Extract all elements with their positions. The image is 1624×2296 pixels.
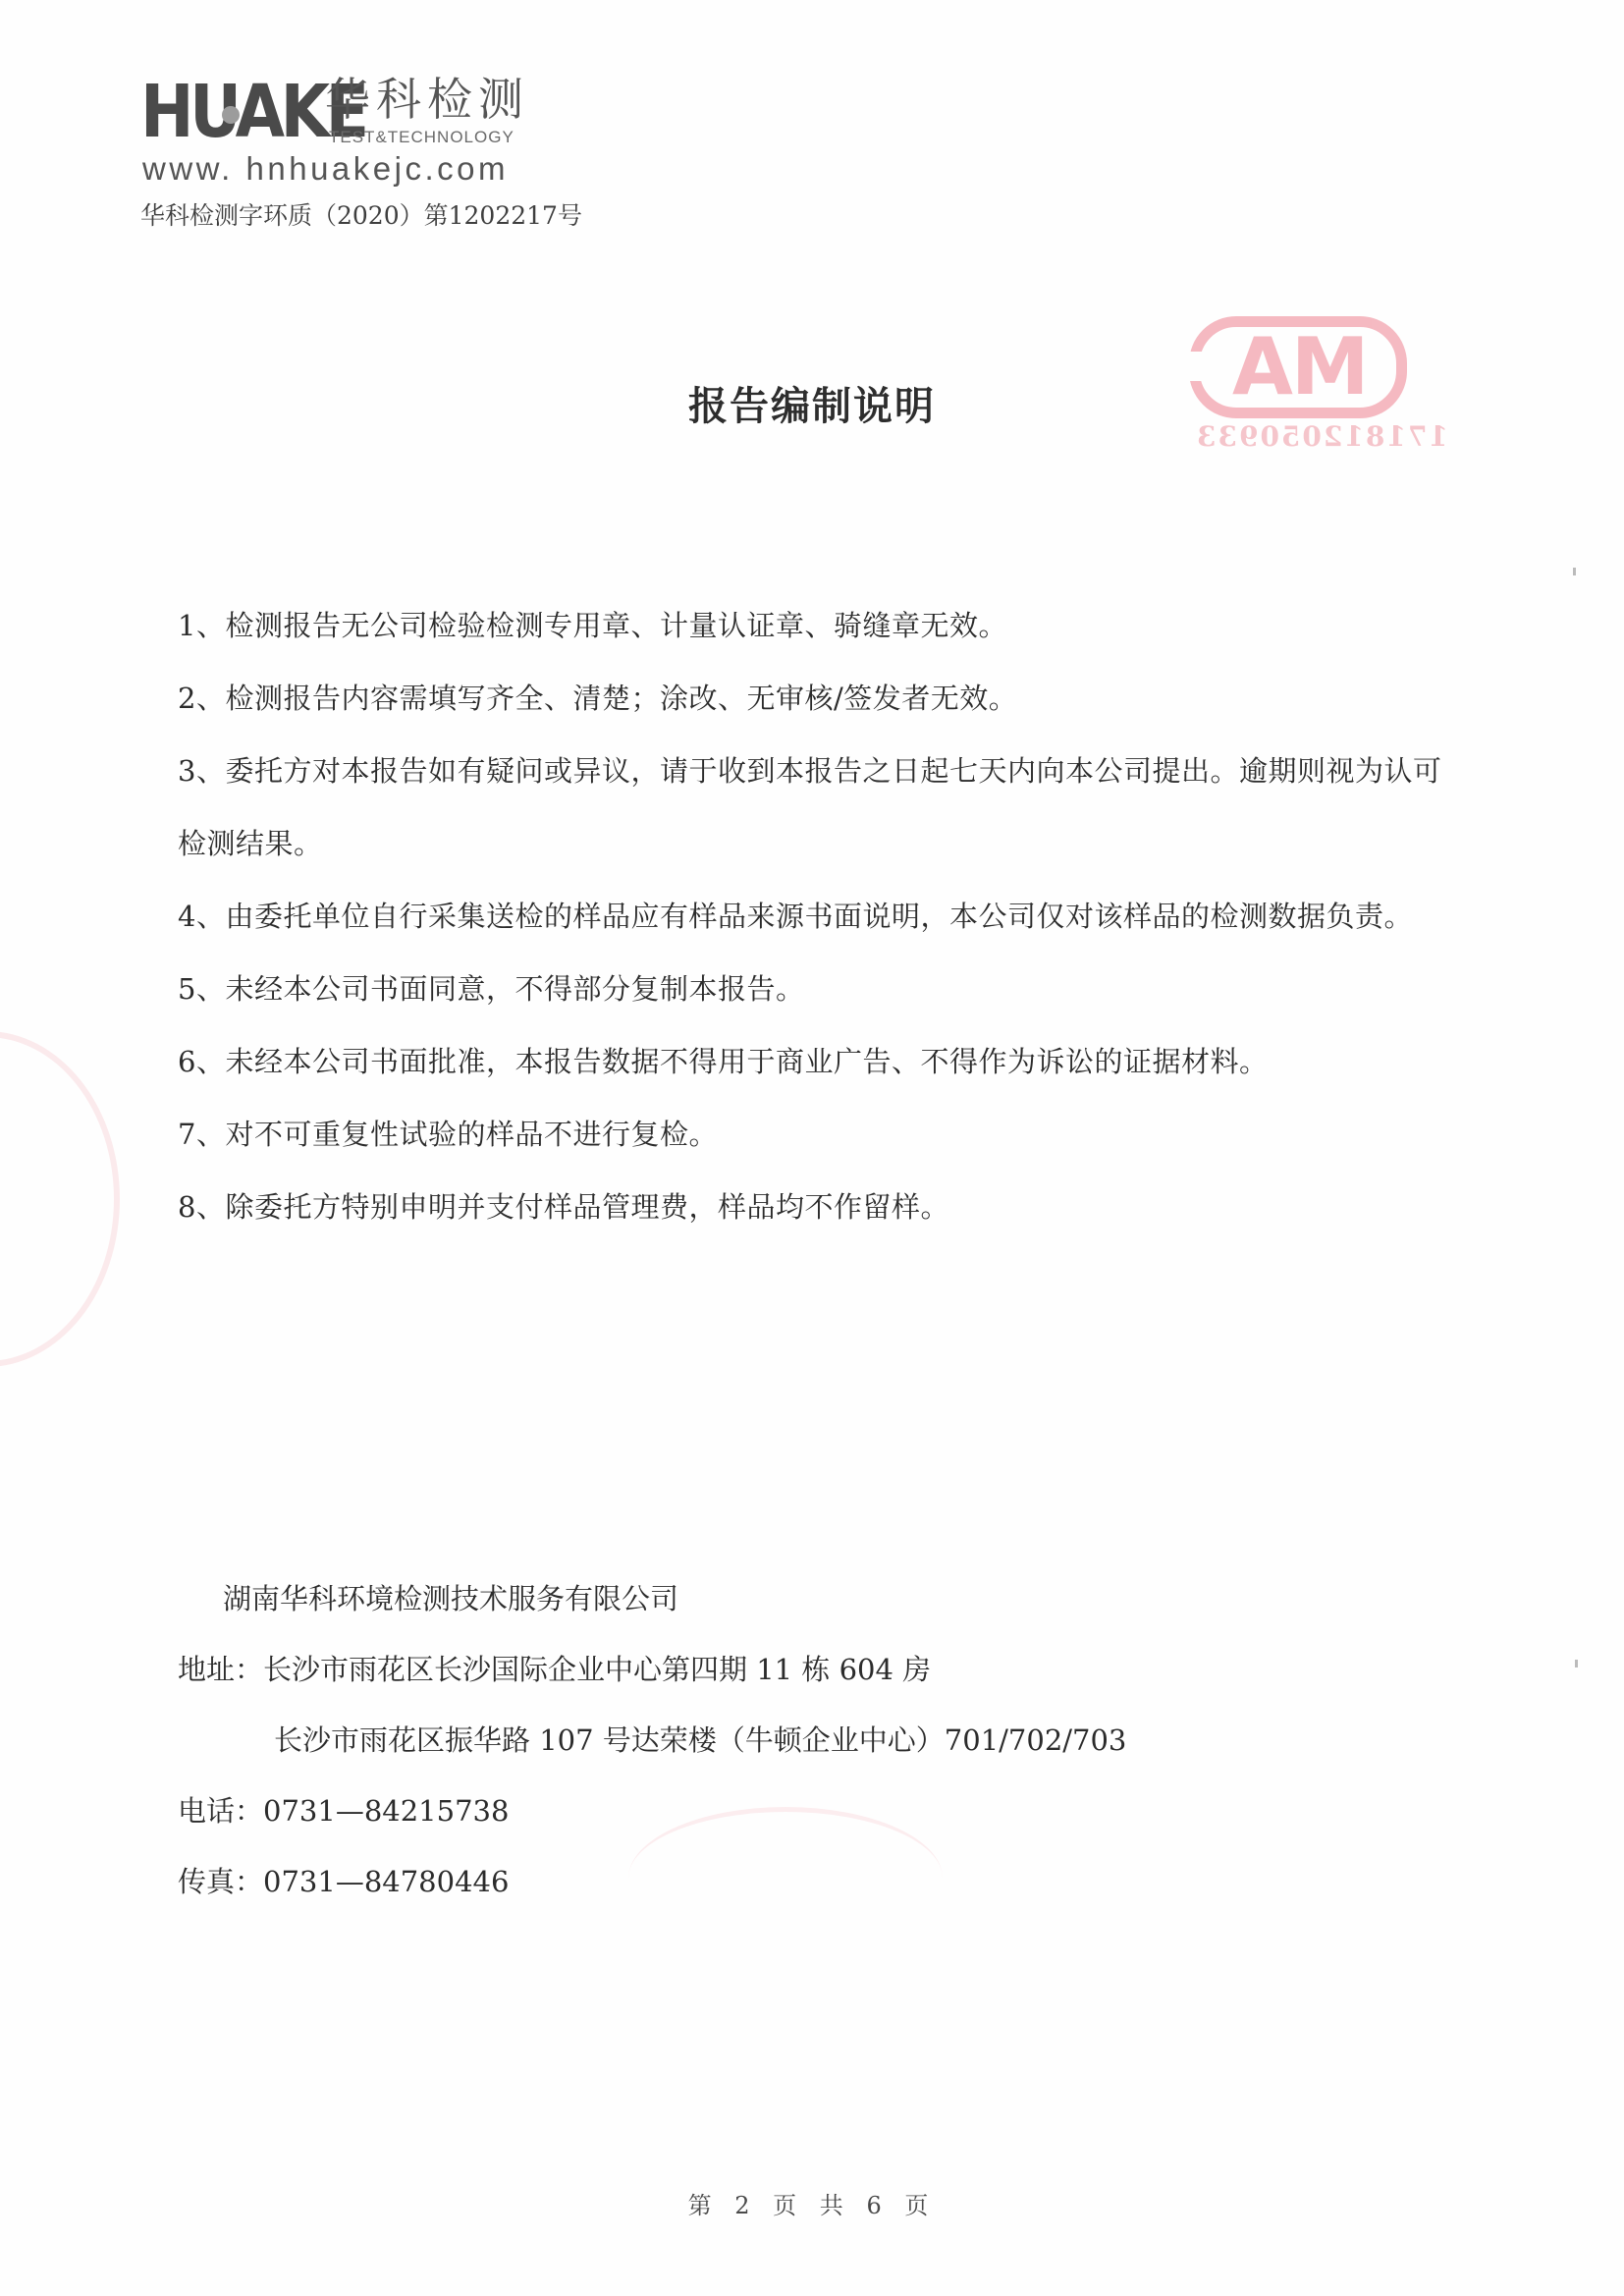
fax-label: 传真： <box>178 1865 263 1898</box>
phone-number: 0731—84215738 <box>263 1794 509 1828</box>
document-number: 华科检测字环质（2020）第1202217号 <box>140 196 582 232</box>
rule-item: 6、未经本公司书面批准，本报告数据不得用于商业广告、不得作为诉讼的证据材料。 <box>178 1025 1454 1098</box>
rule-item: 7、对不可重复性试验的样品不进行复检。 <box>178 1098 1454 1171</box>
rule-item: 2、检测报告内容需填写齐全、清楚；涂改、无审核/签发者无效。 <box>178 662 1454 735</box>
logo-name-cn: 华科检测 <box>325 74 529 125</box>
logo-dot-icon <box>222 106 240 124</box>
rules-list: 1、检测报告无公司检验检测专用章、计量认证章、骑缝章无效。 2、检测报告内容需填… <box>178 589 1454 1243</box>
logo-website: www. hnhuakejc.com <box>142 150 509 188</box>
page-title: 报告编制说明 <box>0 375 1624 431</box>
faint-seal-left <box>0 1031 120 1367</box>
rule-item: 8、除委托方特别申明并支付样品管理费，样品均不作留样。 <box>178 1171 1454 1243</box>
scan-mark <box>1573 568 1576 575</box>
address-row: 地址：长沙市雨花区长沙国际企业中心第四期 11 栋 604 房 <box>178 1634 1454 1705</box>
address-label: 地址： <box>178 1653 263 1686</box>
company-logo: HUAKE 华科检测 TEST&TECHNOLOGY www. hnhuakej… <box>140 74 572 182</box>
phone-label: 电话： <box>178 1794 263 1828</box>
rule-item: 5、未经本公司书面同意，不得部分复制本报告。 <box>178 953 1454 1025</box>
rule-item: 1、检测报告无公司检验检测专用章、计量认证章、骑缝章无效。 <box>178 589 1454 662</box>
logo-name-en: TEST&TECHNOLOGY <box>329 128 514 147</box>
scan-mark <box>1575 1660 1578 1667</box>
rule-item: 4、由委托单位自行采集送检的样品应有样品来源书面说明，本公司仅对该样品的检测数据… <box>178 880 1454 953</box>
document-page: HUAKE 华科检测 TEST&TECHNOLOGY www. hnhuakej… <box>0 0 1624 2296</box>
fax-number: 0731—84780446 <box>263 1865 509 1898</box>
address-line-1: 长沙市雨花区长沙国际企业中心第四期 11 栋 604 房 <box>263 1653 931 1686</box>
page-indicator: 第 2 页 共 6 页 <box>0 2186 1624 2220</box>
company-name: 湖南华科环境检测技术服务有限公司 <box>178 1563 1454 1634</box>
faint-seal-bottom <box>628 1807 943 1949</box>
rule-item: 3、委托方对本报告如有疑问或异议，请于收到本报告之日起七天内向本公司提出。逾期则… <box>178 735 1454 880</box>
address-line-2: 长沙市雨花区振华路 107 号达荣楼（牛顿企业中心）701/702/703 <box>178 1705 1454 1776</box>
